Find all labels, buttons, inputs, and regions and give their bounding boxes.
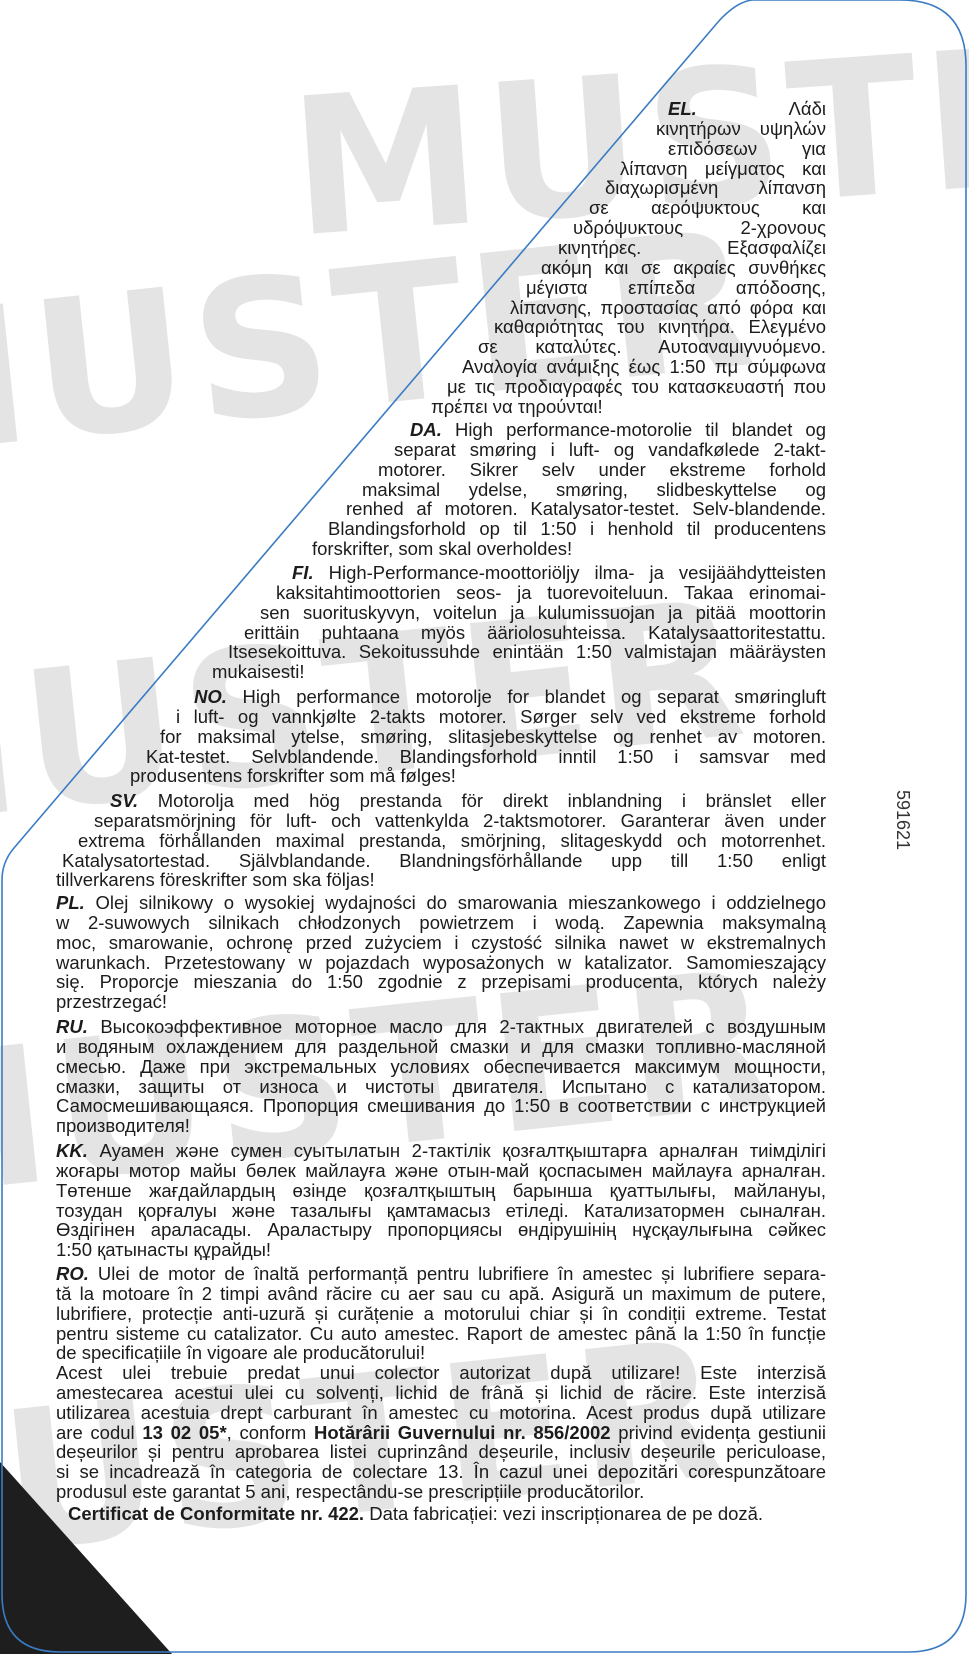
text-line: Төтенше жағдайлардың өзінде қозғалтқышты…	[56, 1180, 826, 1201]
label-text: EL. Λάδικινητήρων υψηλώνεπιδόσεων γιαλίπ…	[0, 0, 969, 1654]
text-line: utilizarea acestuia drept carburant în a…	[56, 1402, 826, 1423]
text: , conform	[227, 1422, 314, 1443]
text-line: 1:50 қатынасты құрайды!	[56, 1239, 826, 1260]
text-line: NO. High performance motorolje for bland…	[194, 686, 826, 707]
language-code: NO.	[194, 686, 227, 707]
text-line: и водяным охлаждением для раздельной сма…	[56, 1036, 826, 1057]
text-line: FI. High-Performance-moottoriöljy ilma- …	[292, 562, 826, 583]
manufacture-date-note: Data fabricației: vezi inscripționarea d…	[364, 1503, 763, 1524]
text-line: tă la motoare în 2 timpi având răcire cu…	[56, 1283, 826, 1304]
text-line: i luft- og vannkjølte 2-takts motorer. S…	[176, 706, 826, 727]
text-line: Itsesekoittuva. Sekoitussuhde enintään 1…	[228, 641, 826, 662]
text-line: σε αερόψυκτους και	[589, 197, 826, 218]
waste-code: 13 02 05*	[142, 1422, 226, 1443]
text-line: przestrzegać!	[56, 991, 826, 1012]
language-code: FI.	[292, 562, 314, 583]
text-line: EL. Λάδι	[668, 98, 826, 119]
text-line: si se incadrează în categoria de colecta…	[56, 1461, 826, 1482]
text-line: πρέπει να τηρούνται!	[431, 396, 826, 417]
text-line: for maksimal ytelse, smøring, slitasjebe…	[160, 726, 826, 747]
text-line: Katalysatortestad. Självblandande. Bland…	[62, 850, 826, 871]
text-line: warunkach. Przetestowany w pojazdach wyp…	[56, 952, 826, 973]
text-line: SV. Motorolja med hög prestanda för dire…	[110, 790, 826, 811]
text-line: deșeurilor și pentru aprobarea listei cu…	[56, 1441, 826, 1462]
text-line: Αναλογία ανάμιξης έως 1:50 πμ σύμφωνα	[462, 356, 826, 377]
certificate-number: Certificat de Conformitate nr. 422.	[68, 1503, 364, 1524]
text-line: tillverkarens föreskrifter som ska följa…	[56, 869, 826, 890]
text-line: тозудан қорғалуы және тазалығы қамтамасы…	[56, 1200, 826, 1221]
text-line: σε καταλύτες. Αυτοαναμιγνυόμενο.	[478, 336, 826, 357]
certificate-line: Certificat de Conformitate nr. 422. Data…	[68, 1503, 828, 1524]
product-label-page: MUSTER MUSTER MUSTER MUSTER MUSTER 59162…	[0, 0, 969, 1654]
text-line: επιδόσεων για	[668, 138, 826, 159]
text-line: υδρόψυκτους 2-χρονους	[573, 217, 826, 238]
text-line: διαχωρισμένη λίπανση	[605, 177, 826, 198]
text-line: kaksitahtimoottorien seos- ja tuorevoite…	[276, 582, 826, 603]
text-line: Самосмешивающаяся. Пропорция смешивания …	[56, 1095, 826, 1116]
text-line: με τις προδιαγραφές του κατασκευαστή που	[447, 376, 826, 397]
text-line: mukaisesti!	[212, 661, 826, 682]
text: are codul	[56, 1422, 142, 1443]
text-line: produsentens forskrifter som må følges!	[130, 765, 826, 786]
text: privind evidența gestiunii	[611, 1422, 826, 1443]
text-line: смазки, защиты от износа и чистоты двига…	[56, 1076, 826, 1097]
text-line: separat smøring i luft- og vandafkølede …	[394, 439, 826, 460]
text-line: motorer. Sikrer selv under ekstreme forh…	[378, 459, 826, 480]
language-code: RO.	[56, 1263, 89, 1284]
text-line: erittäin puhtaana myös ääriolosuhteissa.…	[244, 622, 826, 643]
text-line: moc, smarowanie, ochronę przed zużyciem …	[56, 932, 826, 953]
text-line: DA. High performance-motorolie til bland…	[410, 419, 826, 440]
text-line: PL. Olej silnikowy o wysokiej wydajności…	[56, 892, 826, 913]
text-line: κινητήρες. Εξασφαλίζει	[558, 237, 826, 258]
text-line: λίπανση μείγματος και	[620, 158, 826, 179]
text-line: жоғары мотор майы бөлек майлауға және от…	[56, 1160, 826, 1181]
text-line: amestecarea acestui ulei cu solvenți, li…	[56, 1382, 826, 1403]
language-code: PL.	[56, 892, 85, 913]
text-line: производителя!	[56, 1115, 826, 1136]
text-line: смесью. Даже при экстремальных условиях …	[56, 1056, 826, 1077]
regulation-reference: Hotărârii Guvernului nr. 856/2002	[314, 1422, 611, 1443]
text-line: produsul este garantat 5 ani, respectând…	[56, 1481, 826, 1502]
text-line: maksimal ydelse, smøring, slidbeskyttels…	[362, 479, 826, 500]
text-line: pentru sisteme cu catalizator. Cu auto a…	[56, 1323, 826, 1344]
text-line: μέγιστα επίπεδα απόδοσης,	[526, 277, 826, 298]
text-line: separatsmörjning för luft- och vattenkyl…	[94, 810, 826, 831]
text-line: Kat-testet. Selvblandende. Blandingsforh…	[146, 746, 826, 767]
text-line: ακόμη και σε ακραίες συνθήκες	[541, 257, 826, 278]
text-line: KK. Ауамен және сумен суытылатын 2-такті…	[56, 1140, 826, 1161]
text-line: de specificațiile în vigoare ale producă…	[56, 1342, 826, 1363]
text-line: sen suorituskyvyn, voitelun ja kulumissu…	[260, 602, 826, 623]
text-line: w 2-suwowych silnikach chłodzonych powie…	[56, 912, 826, 933]
text-line: λίπανσης, προστασίας από φόρα και	[510, 297, 826, 318]
text-line: lubrifiere, protecție anti-uzură și cură…	[56, 1303, 826, 1324]
text-line: się. Proporcje mieszania do 1:50 zgodnie…	[56, 971, 826, 992]
waste-code-line: are codul 13 02 05*, conform Hotărârii G…	[56, 1422, 826, 1443]
text-line: καθαριότητας του κινητήρα. Ελεγμένο	[494, 316, 826, 337]
text-line: κινητήρων υψηλών	[656, 118, 826, 139]
text-line: extrema förhållanden maximal prestanda, …	[78, 830, 826, 851]
language-code: RU.	[56, 1016, 88, 1037]
language-code: EL.	[668, 98, 697, 119]
text-line: forskrifter, som skal overholdes!	[312, 538, 826, 559]
language-code: KK.	[56, 1140, 88, 1161]
language-code: SV.	[110, 790, 138, 811]
text-line: Өздігінен араласады. Араластыру пропорци…	[56, 1219, 826, 1240]
text-line: Acest ulei trebuie predat unui colector …	[56, 1362, 826, 1383]
text-line: Blandingsforhold op til 1:50 i henhold t…	[328, 518, 826, 539]
text-line: RO. Ulei de motor de înaltă performanță …	[56, 1263, 826, 1284]
text-line: renhed af motoren. Katalysator-testet. S…	[346, 498, 826, 519]
text-line: RU. Высокоэффективное моторное масло для…	[56, 1016, 826, 1037]
language-code: DA.	[410, 419, 442, 440]
